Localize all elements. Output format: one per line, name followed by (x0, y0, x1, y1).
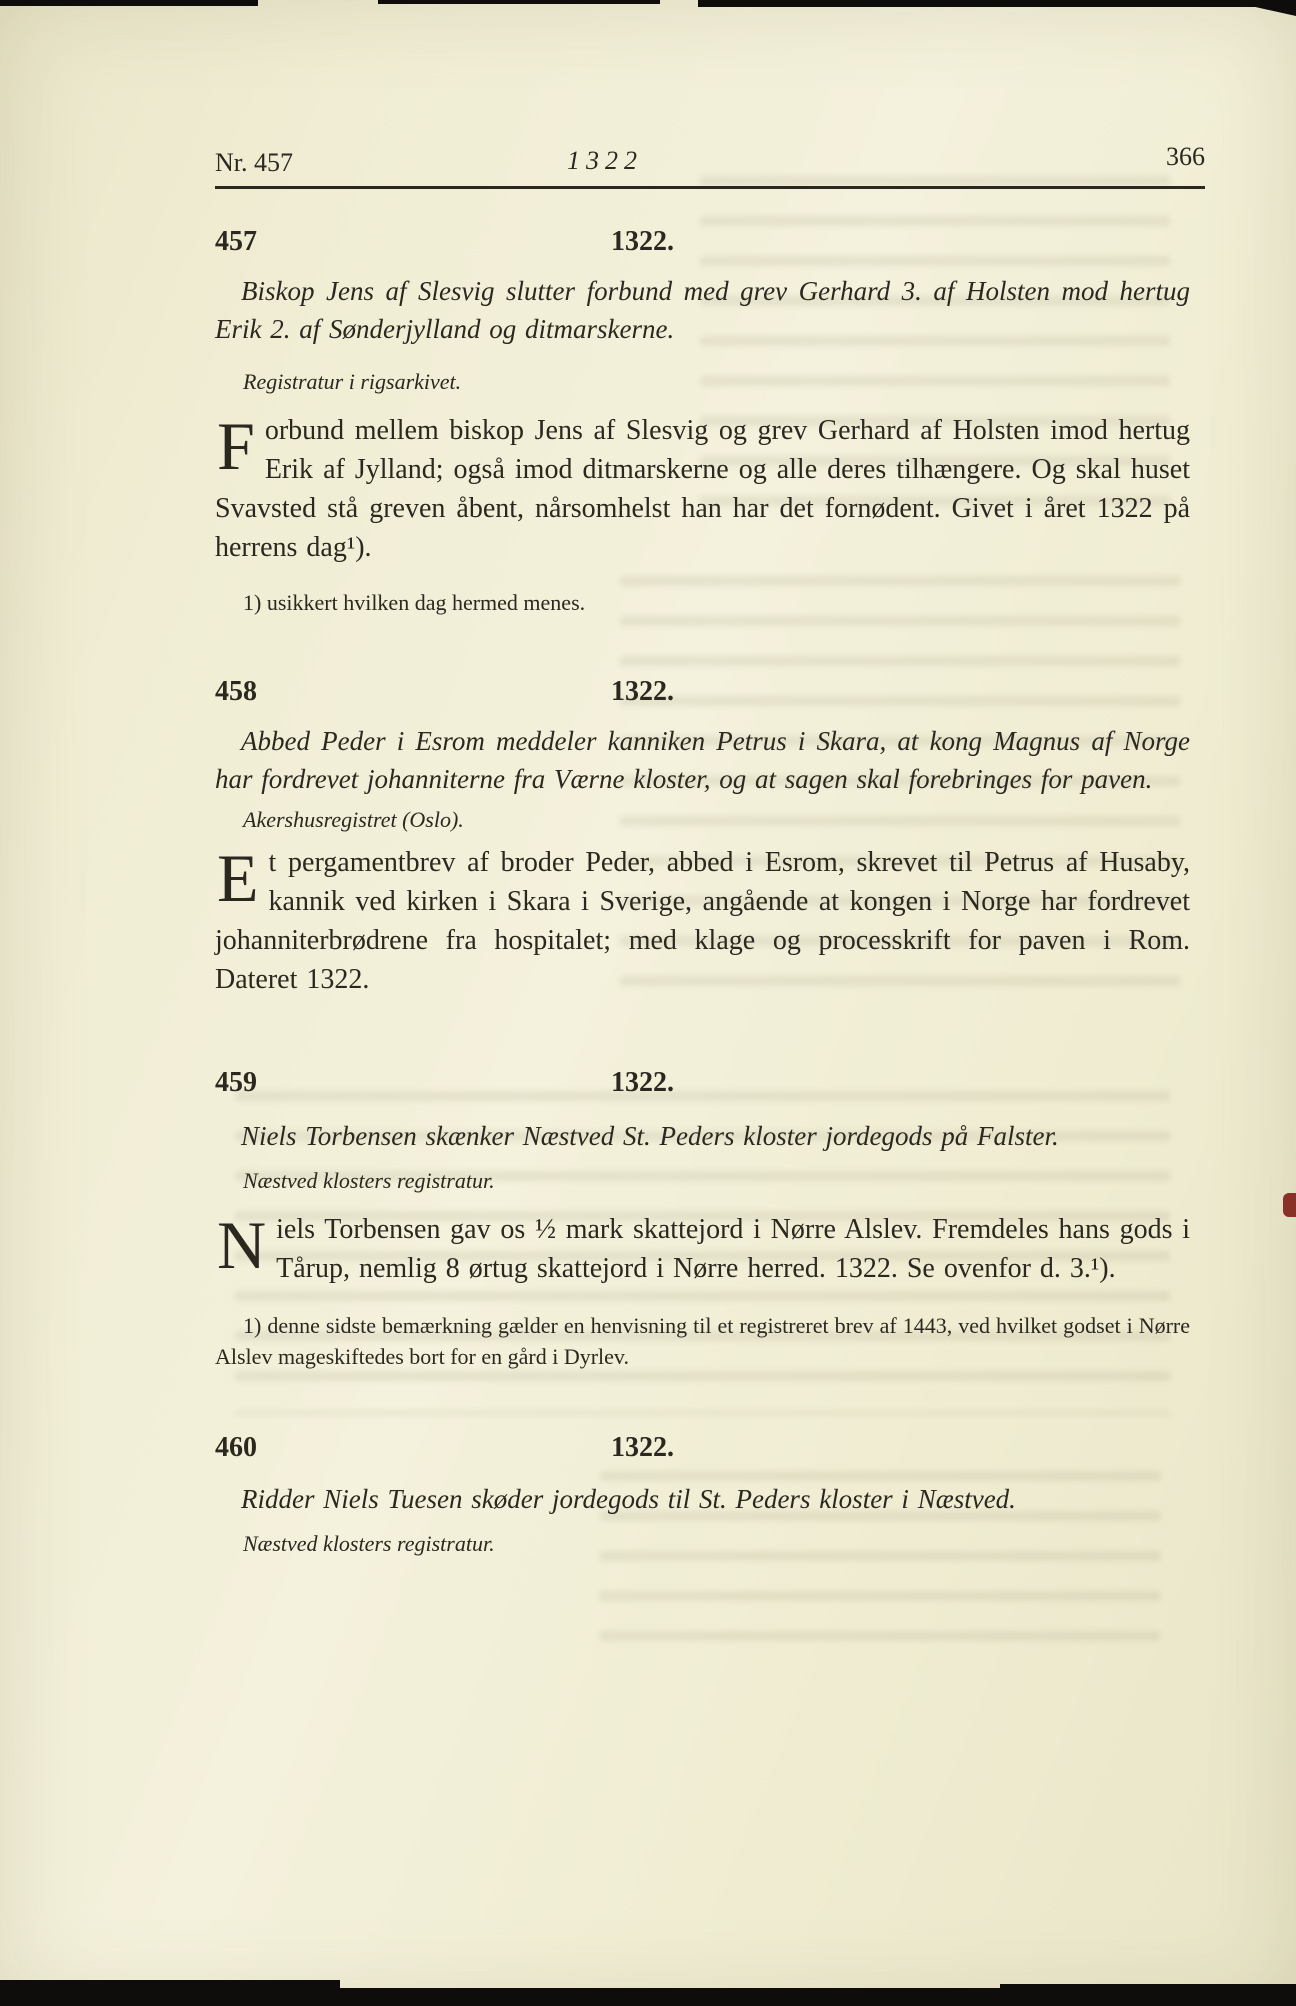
scan-corner-top-right (1238, 0, 1296, 16)
entry-body-text: t pergamentbrev af broder Peder, abbed i… (215, 847, 1190, 995)
red-edge-mark (1283, 1193, 1296, 1217)
entry-number: 458 (215, 676, 257, 708)
running-head-year: 1322 (567, 146, 643, 176)
page-number: 366 (1166, 142, 1205, 172)
entry-459: 459 1322. Niels Torbensen skænker Næstve… (215, 1067, 1190, 1372)
entry-number: 457 (215, 226, 257, 258)
entry-number: 459 (215, 1067, 257, 1099)
entry-458: 458 1322. Abbed Peder i Esrom meddeler k… (215, 676, 1190, 999)
text-column: 457 1322. Biskop Jens af Slesvig slutter… (215, 196, 1190, 1557)
entry-summary: Abbed Peder i Esrom meddeler kanniken Pe… (215, 722, 1190, 798)
entry-body: Et pergamentbrev af broder Peder, abbed … (215, 843, 1190, 999)
entry-body-text: iels Torbensen gav os ½ mark skattejord … (276, 1214, 1190, 1284)
entry-summary: Biskop Jens af Slesvig slutter forbund m… (215, 272, 1190, 348)
running-head: Nr. 457 1322 366 (215, 148, 1205, 182)
entry-source: Næstved klosters registratur. (243, 1167, 1190, 1194)
entry-year: 1322. (611, 226, 674, 258)
entry-summary: Niels Torbensen skænker Næstved St. Pede… (215, 1117, 1190, 1155)
entry-source: Akershusregistret (Oslo). (243, 806, 1190, 833)
scan-edge-top-right (698, 0, 1296, 7)
entry-summary: Ridder Niels Tuesen skøder jordegods til… (215, 1480, 1190, 1518)
head-rule (215, 186, 1205, 189)
running-head-number: Nr. 457 (215, 148, 293, 178)
scan-edge-bottom-left (0, 1980, 340, 2006)
drop-cap: N (215, 1210, 276, 1274)
entry-body: Niels Torbensen gav os ½ mark skattejord… (215, 1210, 1190, 1288)
scan-edge-top-mid (378, 0, 660, 4)
drop-cap: F (215, 411, 265, 475)
entry-year: 1322. (611, 1432, 674, 1464)
entry-source: Næstved klosters registratur. (243, 1530, 1190, 1557)
scan-edge-top-left (0, 0, 258, 6)
entry-460: 460 1322. Ridder Niels Tuesen skøder jor… (215, 1432, 1190, 1557)
entry-year: 1322. (611, 1067, 674, 1099)
entry-year: 1322. (611, 676, 674, 708)
entry-heading: 459 1322. (215, 1067, 1190, 1101)
entry-source: Registratur i rigsarkivet. (243, 368, 1190, 395)
drop-cap: E (215, 843, 269, 907)
entry-body: Forbund mellem biskop Jens af Slesvig og… (215, 411, 1190, 567)
scanned-book-page: Nr. 457 1322 366 457 1322. Biskop Jens a… (0, 0, 1296, 2006)
entry-number: 460 (215, 1432, 257, 1464)
entry-footnote: 1) denne sidste bemærkning gælder en hen… (215, 1310, 1190, 1372)
entry-heading: 458 1322. (215, 676, 1190, 710)
entry-footnote: 1) usikkert hvilken dag hermed menes. (215, 587, 1190, 618)
entry-body-text: orbund mellem biskop Jens af Slesvig og … (215, 415, 1190, 563)
scan-edge-bottom-right (1000, 1984, 1296, 2006)
entry-heading: 457 1322. (215, 226, 1190, 260)
entry-457: 457 1322. Biskop Jens af Slesvig slutter… (215, 226, 1190, 618)
entry-heading: 460 1322. (215, 1432, 1190, 1466)
